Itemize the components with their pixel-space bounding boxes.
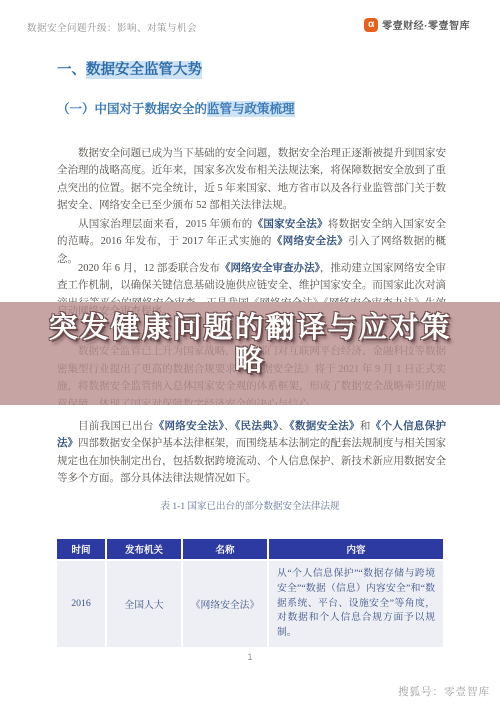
report-page: 数据安全问题升级：影响、对策与机会 α 零壹财经·零壹智库 一、数据安全监管大势… [0,0,500,707]
brand-logo: α 零壹财经·零壹智库 [364,17,470,32]
subsection-heading-highlight: 监管与政策梳理 [207,101,295,117]
brand-name: 零壹财经·零壹智库 [382,17,470,32]
brand-logo-icon: α [364,18,378,32]
watermark-overlay-band: 启动网络安全审查程序。 数据安全监管已上升为国家战略，监管部门对互联网平台经济、… [0,302,500,405]
table-header-time: 时间 [57,539,105,559]
watermark-title: 突发健康问题的翻译与应对策略 [42,312,458,378]
table-header-issuer: 发布机关 [107,539,181,559]
paragraph-legal-framework: 目前我国已出台《网络安全法》、《民法典》、《数据安全法》和《个人信息保护法》四部… [57,418,446,488]
publisher-note: 搜狐号：零壹智库 [398,684,490,699]
subsection-heading-number: （一） [57,102,95,116]
table-header-name: 名称 [183,539,267,559]
table-caption: 表 1-1 国家已出台的部分数据安全法律法规 [0,498,500,512]
regulations-table: 时间 发布机关 名称 内容 2016 全国人大 《网络安全法》 从“个人信息保护… [55,537,445,649]
section-heading-highlight: 数据安全监管大势 [86,61,202,79]
cell-law-name: 《网络安全法》 [183,561,267,647]
cell-year: 2016 [57,561,105,647]
cell-content: 从“个人信息保护”“数据存储与跨境安全”“数据（信息）内容安全”和“数据系统、平… [269,561,443,647]
subsection-heading-text: 中国对于数据安全的 [95,102,208,116]
table-header-row: 时间 发布机关 名称 内容 [57,539,443,559]
cell-issuer: 全国人大 [107,561,181,647]
table-header-content: 内容 [269,539,443,559]
section-heading: 一、数据安全监管大势 [57,58,202,79]
subsection-heading: （一）中国对于数据安全的监管与政策梳理 [57,99,295,117]
paragraph-overview: 数据安全问题已成为当下基础的安全问题，数据安全治理正逐渐被提升到国家安全治理的战… [57,145,446,215]
table-row: 2016 全国人大 《网络安全法》 从“个人信息保护”“数据存储与跨境安全”“数… [57,561,443,647]
section-heading-number: 一、 [57,62,86,78]
page-number: 1 [0,652,500,662]
running-header-title: 数据安全问题升级：影响、对策与机会 [27,20,197,34]
